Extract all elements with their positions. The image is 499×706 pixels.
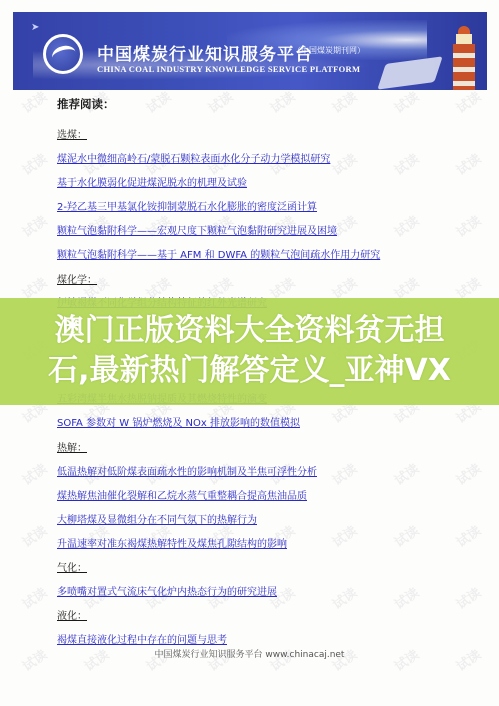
article-link[interactable]: 基于水化膜弱化促进煤泥脱水的机理及试验 xyxy=(57,174,247,189)
category-gasification: 气化： xyxy=(57,559,87,574)
article-link[interactable]: 颗粒气泡黏附科学——基于 AFM 和 DWFA 的颗粒气泡间疏水作用力研究 xyxy=(57,246,380,261)
article-link[interactable]: 煤泥水中微细高岭石/蒙脱石颗粒表面水化分子动力学模拟研究 xyxy=(57,150,330,165)
watermark-text: 试读 xyxy=(18,458,50,488)
article-link[interactable]: 多喷嘴对置式气流床气化炉内热态行为的研究进展 xyxy=(57,583,277,598)
article-link[interactable]: 2-羟乙基三甲基氯化铵抑制蒙脱石水化膨胀的密度泛函计算 xyxy=(57,198,317,213)
watermark-text: 试读 xyxy=(18,210,50,240)
watermark-text: 试读 xyxy=(390,458,422,488)
article-link[interactable]: 升温速率对准东褐煤热解特性及煤焦孔隙结构的影响 xyxy=(57,535,287,550)
overlay-ad-banner[interactable]: 澳门正版资料大全资料贫无担 石,最新热门解答定义_亚神VX xyxy=(0,298,499,405)
category-coal-chemistry: 煤化学： xyxy=(57,271,97,286)
document-page: 试读试读试读试读试读试读试读试读试读试读试读试读试读试读试读试读试读试读试读试读… xyxy=(0,0,499,706)
watermark-text: 试读 xyxy=(452,148,484,178)
watermark-text: 试读 xyxy=(18,520,50,550)
watermark-text: 试读 xyxy=(390,148,422,178)
article-link[interactable]: 大柳塔煤及显微组分在不同气氛下的热解行为 xyxy=(57,511,257,526)
watermark-text: 试读 xyxy=(18,582,50,612)
watermark-text: 试读 xyxy=(142,86,174,116)
category-pyrolysis: 热解： xyxy=(57,439,87,454)
watermark-text: 试读 xyxy=(328,148,360,178)
watermark-text: 试读 xyxy=(328,458,360,488)
watermark-text: 试读 xyxy=(390,520,422,550)
watermark-text: 试读 xyxy=(18,148,50,178)
overlay-ad-text: 澳门正版资料大全资料贫无担 石,最新热门解答定义_亚神VX xyxy=(0,298,499,405)
watermark-text: 试读 xyxy=(328,582,360,612)
watermark-text: 试读 xyxy=(328,86,360,116)
watermark-text: 试读 xyxy=(204,86,236,116)
watermark-text: 试读 xyxy=(452,210,484,240)
article-link[interactable]: 煤热解焦油催化裂解和乙烷水蒸气重整耦合提高焦油品质 xyxy=(57,487,307,502)
watermark-text: 试读 xyxy=(390,86,422,116)
overlay-line-2: 石,最新热门解答定义_亚神VX xyxy=(0,351,499,391)
watermark-text: 试读 xyxy=(390,582,422,612)
watermark-text: 试读 xyxy=(452,520,484,550)
watermark-text: 试读 xyxy=(328,520,360,550)
overlay-line-1: 澳门正版资料大全资料贫无担 xyxy=(0,311,499,351)
platform-title-cn: 中国煤炭行业知识服务平台 xyxy=(97,40,313,65)
section-heading: 推荐阅读： xyxy=(57,96,115,112)
watermark-text: 试读 xyxy=(452,582,484,612)
platform-subtitle: （中国煤炭期刊网） xyxy=(293,45,365,56)
page-footer: 中国煤炭行业知识服务平台 www.chinacaj.net xyxy=(0,647,499,660)
platform-title-en: CHINA COAL INDUSTRY KNOWLEDGE SERVICE PL… xyxy=(97,64,360,74)
paper-plane-icon: ➤ xyxy=(31,22,39,33)
watermark-text: 试读 xyxy=(390,210,422,240)
watermark-text: 试读 xyxy=(18,86,50,116)
book-swan-logo-icon xyxy=(43,34,83,74)
article-link[interactable]: SOFA 参数对 W 锅炉燃烧及 NOx 排放影响的数值模拟 xyxy=(57,414,300,429)
watermark-text: 试读 xyxy=(452,86,484,116)
watermark-text: 试读 xyxy=(266,86,298,116)
lighthouse-icon xyxy=(451,26,477,90)
header-banner: ➤ 中国煤炭行业知识服务平台 （中国煤炭期刊网） CHINA COAL INDU… xyxy=(13,12,487,90)
open-book-icon xyxy=(377,56,442,89)
watermark-text: 试读 xyxy=(452,458,484,488)
category-coal-preparation: 选煤： xyxy=(57,126,87,141)
category-liquefaction: 液化： xyxy=(57,607,87,622)
article-link[interactable]: 颗粒气泡黏附科学——宏观尺度下颗粒气泡黏附研究进展及困境 xyxy=(57,222,337,237)
article-link[interactable]: 褐煤直接液化过程中存在的问题与思考 xyxy=(57,631,227,646)
article-link[interactable]: 低温热解对低阶煤表面疏水性的影响机制及半焦可浮性分析 xyxy=(57,463,317,478)
